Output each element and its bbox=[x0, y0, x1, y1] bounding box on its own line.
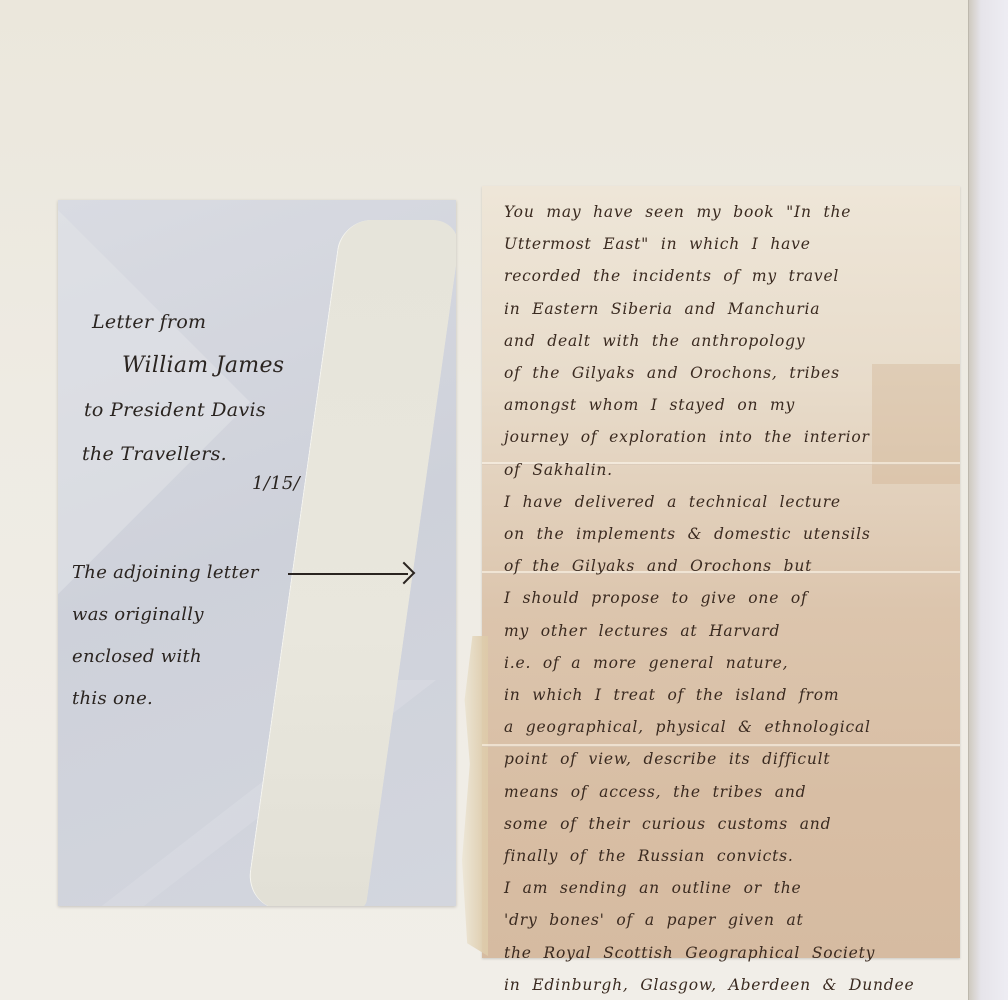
letter-line: Uttermost East" in which I have bbox=[504, 228, 944, 260]
envelope-note-line: The adjoining letter bbox=[72, 552, 302, 594]
right-arrow-icon bbox=[288, 568, 414, 580]
letter-line: journey of exploration into the interior bbox=[504, 421, 944, 453]
letter-page: You may have seen my book "In the Utterm… bbox=[482, 186, 960, 958]
letter-line: I am sending an outline or the bbox=[504, 872, 944, 904]
letter-line: You may have seen my book "In the bbox=[504, 196, 944, 228]
letter-line: of Sakhalin. bbox=[504, 454, 944, 486]
letter-line: a geographical, physical & ethnological bbox=[504, 711, 944, 743]
envelope-note-line: to President Davis bbox=[82, 388, 362, 432]
letter-line: some of their curious customs and bbox=[504, 808, 944, 840]
envelope-enclosure-note: The adjoining letter was originally encl… bbox=[72, 552, 302, 720]
letter-line: point of view, describe its difficult bbox=[504, 743, 944, 775]
letter-line: finally of the Russian convicts. bbox=[504, 840, 944, 872]
letter-body: You may have seen my book "In the Utterm… bbox=[504, 196, 944, 1000]
envelope-note-line: this one. bbox=[72, 678, 302, 720]
letter-line: in Eastern Siberia and Manchuria bbox=[504, 293, 944, 325]
letter-line: I should propose to give one of bbox=[504, 582, 944, 614]
envelope-note-line: enclosed with bbox=[72, 636, 302, 678]
letter-line: 'dry bones' of a paper given at bbox=[504, 904, 944, 936]
envelope: Letter from William James to President D… bbox=[58, 200, 456, 906]
letter-line: amongst whom I stayed on my bbox=[504, 389, 944, 421]
envelope-note-line: Letter from bbox=[82, 300, 362, 344]
letter-line: in Edinburgh, Glasgow, Aberdeen & Dundee bbox=[504, 969, 944, 1000]
letter-line: recorded the incidents of my travel bbox=[504, 260, 944, 292]
letter-line: in which I treat of the island from bbox=[504, 679, 944, 711]
envelope-note: Letter from William James to President D… bbox=[82, 300, 362, 506]
letter-line: my other lectures at Harvard bbox=[504, 615, 944, 647]
letter-line: I have delivered a technical lecture bbox=[504, 486, 944, 518]
letter-line: on the implements & domestic utensils bbox=[504, 518, 944, 550]
letter-line: and dealt with the anthropology bbox=[504, 325, 944, 357]
arrow-shaft bbox=[288, 573, 408, 575]
letter-line: i.e. of a more general nature, bbox=[504, 647, 944, 679]
letter-line: of the Gilyaks and Orochons, tribes bbox=[504, 357, 944, 389]
envelope-note-line: William James bbox=[82, 344, 362, 388]
envelope-note-line: was originally bbox=[72, 594, 302, 636]
letter-line: of the Gilyaks and Orochons but bbox=[504, 550, 944, 582]
letter-line: the Royal Scottish Geographical Society bbox=[504, 937, 944, 969]
frame-edge bbox=[968, 0, 1008, 1000]
letter-line: means of access, the tribes and bbox=[504, 776, 944, 808]
